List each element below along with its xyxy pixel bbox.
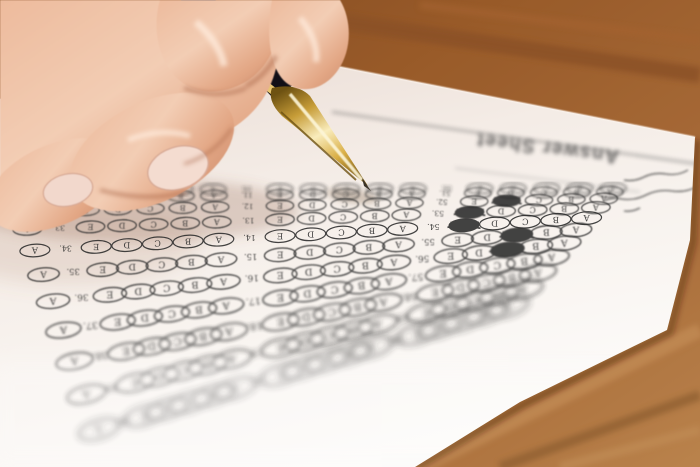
bubble-letter: A [212, 202, 219, 211]
bubble-letter: E [93, 241, 99, 251]
bubble-letter: E [121, 344, 130, 358]
bubble-letter: D [123, 239, 130, 249]
bubble-letter: B [374, 199, 380, 208]
question-number: 11. [241, 190, 253, 199]
bubble-letter: A [593, 203, 600, 213]
bubble-letter: A [210, 191, 218, 200]
bubble-letter: D [304, 266, 312, 277]
bubble-letter: E [277, 249, 284, 259]
bubble-letter: A [395, 239, 403, 249]
bubble-letter: D [475, 246, 483, 257]
question-number: 37. [83, 319, 99, 331]
bubble-letter: A [403, 210, 410, 220]
question-number: 34. [59, 244, 72, 253]
bubble-letter: E [454, 234, 461, 244]
bubble-letter: E [447, 250, 454, 261]
question-number: 58. [401, 290, 418, 303]
bubble-letter: A [224, 324, 234, 338]
question-number: 52. [436, 197, 448, 207]
bubble-letter: D [147, 339, 157, 353]
bubble-letter: A [214, 217, 221, 227]
question-number: 15. [244, 252, 257, 262]
bubble-letter: C [154, 237, 161, 247]
bubble-letter: B [358, 279, 366, 291]
bubble-letter: A [384, 275, 394, 287]
bubble-letter: D [303, 287, 312, 299]
bubble-letter: B [365, 241, 372, 251]
question-number: 12. [242, 201, 254, 211]
bubble-letter: D [484, 231, 491, 241]
bubble-letter: A [215, 234, 223, 244]
bubble-letter: B [372, 211, 378, 221]
bubble-letter: C [167, 307, 176, 319]
bubble-letter: B [375, 189, 382, 198]
bubble-letter: A [40, 268, 48, 278]
bubble-letter: D [491, 217, 498, 227]
bubble-letter: C [327, 305, 337, 319]
bubble-letter: B [195, 303, 203, 315]
bubble-letter: A [572, 224, 580, 234]
bubble-letter: C [536, 195, 542, 204]
question-number: 17. [245, 295, 261, 307]
bubble-letter: D [307, 228, 314, 238]
bubble-letter: D [466, 263, 475, 275]
question-number: 55. [421, 237, 434, 247]
bubble-letter: E [277, 190, 283, 199]
bubble-letter: A [406, 198, 413, 207]
question-number: 18. [246, 319, 263, 332]
bubble-letter: A [221, 299, 231, 311]
bubble-letter: B [520, 255, 528, 267]
bubble-letter: E [439, 267, 447, 279]
bubble-letter: D [134, 285, 142, 296]
bubble-letter: B [179, 203, 185, 212]
bubble-letter: B [553, 214, 559, 224]
bubble-letter: E [471, 197, 477, 206]
question-number: 53. [432, 209, 444, 218]
question-number: 51. [439, 188, 451, 197]
question-number: 35. [66, 267, 79, 277]
bubble-letter: A [31, 244, 39, 254]
bubble-letter: C [163, 282, 171, 293]
bubble-letter: C [341, 199, 347, 208]
bubble-letter: E [106, 288, 113, 299]
bubble-letter: E [430, 285, 439, 299]
bubble-letter: B [185, 235, 191, 245]
bubble-letter: E [277, 201, 283, 210]
bubble-letter: A [583, 212, 591, 222]
bubble-letter: D [309, 200, 316, 209]
question-number: 16. [245, 272, 259, 283]
bubble-letter: C [493, 259, 502, 271]
bubble-letter: A [217, 253, 225, 263]
bubble-letter: D [140, 311, 149, 323]
question-number: 14. [243, 233, 256, 242]
bubble-letter: D [310, 190, 317, 199]
bubble-letter: E [277, 230, 283, 240]
bubble-letter: E [113, 315, 121, 327]
photo-scene: Answer Sheet A30.EDCBA10.EDCBA50.EDCBAA3… [0, 0, 700, 467]
question-number: 57. [408, 271, 424, 283]
bubble-letter: B [188, 256, 195, 266]
bubble-letter: B [561, 204, 567, 214]
scene-canvas: Answer Sheet A30.EDCBA10.EDCBA50.EDCBAA3… [0, 0, 700, 467]
bubble-letter: C [150, 219, 157, 229]
bubble-letter: D [118, 221, 125, 231]
bubble-letter: C [340, 212, 347, 222]
bubble-letter: E [99, 263, 106, 273]
bubble-letter: C [529, 205, 536, 215]
bubble-letter: E [277, 269, 284, 280]
bubble-letter: E [277, 215, 283, 225]
bubble-letter: B [369, 225, 375, 235]
bubble-letter: D [308, 213, 315, 223]
question-number: 54. [427, 222, 440, 231]
bubble-letter: D [497, 206, 504, 216]
bubble-letter: E [276, 291, 284, 303]
bubble-letter: E [87, 222, 93, 232]
bubble-letter: B [543, 226, 550, 236]
bubble-letter: C [522, 216, 529, 226]
bubble-letter: B [532, 240, 540, 251]
bubble-letter: C [158, 258, 165, 268]
bubble-letter: C [343, 190, 350, 199]
bubble-letter: D [306, 246, 313, 256]
bubble-letter: C [482, 276, 492, 290]
bubble-letter: A [59, 323, 69, 335]
bubble-letter: A [399, 223, 407, 233]
bubble-letter: B [362, 259, 370, 270]
bubble-letter: B [182, 218, 188, 228]
question-number: 56. [415, 253, 429, 264]
bubble-letter: B [568, 195, 574, 204]
bubble-letter: D [129, 261, 136, 271]
bubble-letter: A [547, 251, 557, 263]
bubble-letter: D [456, 280, 466, 294]
bubble-letter: C [330, 283, 339, 295]
bubble-letter: C [338, 226, 345, 236]
question-number: 13. [242, 216, 254, 225]
question-number: 38. [92, 349, 109, 362]
bubble-letter: D [301, 310, 311, 324]
question-number: 36. [74, 291, 88, 302]
bubble-letter: C [333, 262, 341, 273]
bubble-letter: E [276, 315, 285, 329]
bubble-letter: C [173, 334, 183, 348]
bubble-letter: A [379, 295, 389, 309]
bubble-letter: A [533, 266, 543, 280]
bubble-letter: B [191, 279, 199, 290]
bubble-letter: C [336, 244, 343, 254]
